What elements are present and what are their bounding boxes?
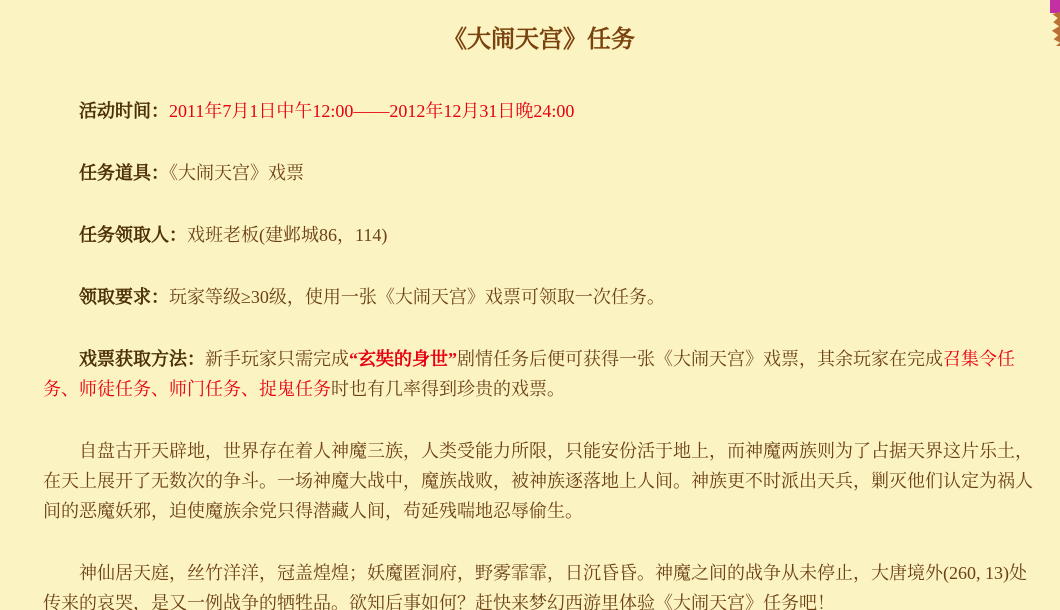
task-npc-label: 任务领取人： (79, 225, 187, 245)
requirement-label: 领取要求： (79, 287, 169, 307)
field-requirement: 领取要求：玩家等级≥30级，使用一张《大闹天宫》戏票可领取一次任务。 (43, 282, 1035, 312)
ticket-method-label: 戏票获取方法： (79, 349, 205, 369)
corner-orange-fragment (1051, 12, 1060, 46)
task-item-value: 《大闹天宫》戏票 (169, 163, 304, 183)
field-task-item: 任务道具：《大闹天宫》戏票 (43, 158, 1035, 188)
field-activity-time: 活动时间：2011年7月1日中午12:00——2012年12月31日晚24:00 (43, 96, 1035, 126)
story-paragraph-1: 自盘古开天辟地，世界存在着人神魔三族，人类受能力所限，只能安份活于地上，而神魔两… (43, 436, 1035, 526)
corner-magenta-fragment (1050, 0, 1060, 13)
ticket-method-text-2: 剧情任务后便可获得一张《大闹天宫》戏票，其余玩家在完成 (457, 349, 943, 369)
ticket-method-highlight-1: “玄奘的身世” (349, 349, 457, 369)
task-item-label: 任务道具： (79, 163, 169, 183)
task-npc-value: 戏班老板(建邺城86，114) (187, 225, 387, 245)
ticket-method-text-1: 新手玩家只需完成 (205, 349, 349, 369)
story-paragraph-2: 神仙居天庭，丝竹洋洋，冠盖煌煌；妖魔匿洞府，野雾霏霏，日沉昏昏。神魔之间的战争从… (43, 558, 1035, 610)
task-announcement-page: 《大闹天宫》任务 活动时间：2011年7月1日中午12:00——2012年12月… (0, 0, 1060, 610)
activity-time-label: 活动时间： (79, 101, 169, 121)
activity-time-value: 2011年7月1日中午12:00——2012年12月31日晚24:00 (169, 101, 574, 121)
ticket-method-text-3: 时也有几率得到珍贵的戏票。 (331, 379, 565, 399)
requirement-value: 玩家等级≥30级，使用一张《大闹天宫》戏票可领取一次任务。 (169, 287, 665, 307)
page-title: 《大闹天宫》任务 (43, 26, 1035, 54)
field-task-npc: 任务领取人：戏班老板(建邺城86，114) (43, 220, 1035, 250)
field-ticket-method: 戏票获取方法：新手玩家只需完成“玄奘的身世”剧情任务后便可获得一张《大闹天宫》戏… (43, 344, 1035, 404)
